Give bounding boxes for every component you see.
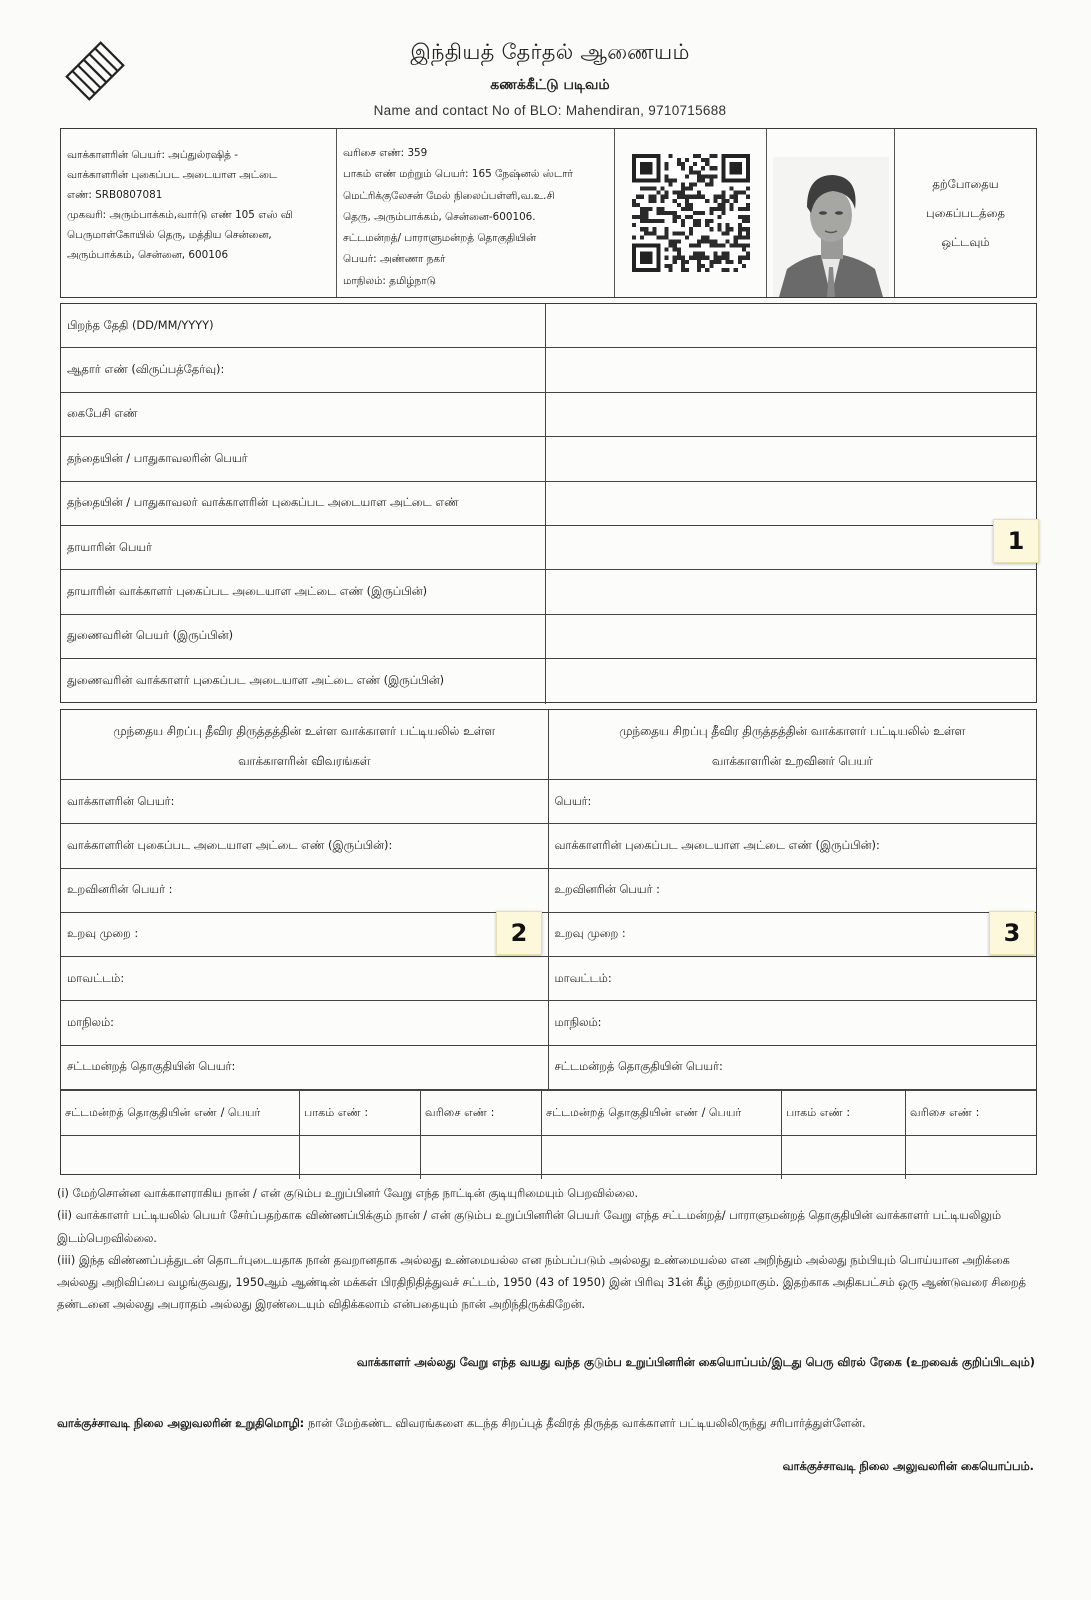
section3-field-row[interactable]: உறவு முறை : <box>549 913 1037 957</box>
declaration-item-3: (iii) இந்த விண்ணப்பத்துடன் தொடர்புடையதாக… <box>57 1250 1037 1317</box>
paste-line3: ஒட்டவும் <box>941 228 989 257</box>
section3-field-row[interactable]: மாநிலம்: <box>549 1001 1037 1045</box>
paste-line1: தற்போதைய <box>932 170 998 199</box>
serial-number: வரிசை எண்: 359 <box>343 143 608 164</box>
voter-address-line2: பெருமாள்கோயில் தெரு, மத்திய சென்னை, <box>67 225 330 245</box>
field-input[interactable] <box>546 570 1036 613</box>
photo-cell <box>767 129 895 297</box>
state-line: மாநிலம்: தமிழ்நாடு <box>343 271 608 292</box>
grid-input-cell[interactable] <box>542 1136 782 1179</box>
blo-contact: Name and contact No of BLO: Mahendiran, … <box>300 103 800 118</box>
section2-field-row[interactable]: வாக்காளரின் புகைப்பட அடையாள அட்டை எண் (இ… <box>61 824 548 868</box>
blo-declaration: வாக்குச்சாவடி நிலை அலுவலரின் உறுதிமொழி: … <box>57 1416 866 1432</box>
section2-field-row[interactable]: வாக்காளரின் பெயர்: <box>61 780 548 824</box>
personal-detail-row: தாயாரின் வாக்காளர் புகைப்பட அடையாள அட்டை… <box>61 570 1036 614</box>
form-header: இந்தியத் தேர்தல் ஆணையம் கணக்கீட்டு படிவம… <box>300 40 800 118</box>
voter-epic-label: வாக்காளரின் புகைப்பட அடையாள அட்டை <box>67 165 330 185</box>
field-label: பிறந்த தேதி (DD/MM/YYYY) <box>61 304 546 347</box>
section-badge-3: 3 <box>989 911 1035 955</box>
personal-details-section: பிறந்த தேதி (DD/MM/YYYY)ஆதார் எண் (விருப… <box>60 303 1037 703</box>
grid-header: சட்டமன்றத் தொகுதியின் எண் / பெயர் <box>61 1091 300 1136</box>
section3-field-row[interactable]: மாவட்டம்: <box>549 957 1037 1001</box>
part-line3: தெரு, அரும்பாக்கம், சென்னை-600106. <box>343 207 608 228</box>
grid-input-cell[interactable] <box>61 1136 300 1179</box>
declaration-item-1: (i) மேற்சொன்ன வாக்காளராகிய நான் / என் கு… <box>57 1183 1037 1205</box>
section-badge-2: 2 <box>496 911 542 955</box>
voter-signature-label: வாக்காளர் அல்லது வேறு எந்த வயது வந்த குட… <box>357 1355 1035 1371</box>
field-label: தாயாரின் பெயர் <box>61 526 546 569</box>
personal-detail-row: தந்தையின் / பாதுகாவலரின் பெயர் <box>61 437 1036 481</box>
personal-detail-row: தந்தையின் / பாதுகாவலர் வாக்காளரின் புகைப… <box>61 482 1036 526</box>
field-input[interactable] <box>546 348 1036 391</box>
personal-detail-row: பிறந்த தேதி (DD/MM/YYYY) <box>61 304 1036 348</box>
section3-field-row[interactable]: பெயர்: <box>549 780 1037 824</box>
field-input[interactable] <box>546 482 1036 525</box>
section2-heading-line1: முந்தைய சிறப்பு தீவிர திருத்தத்தின் உள்ள… <box>61 716 548 746</box>
constituency-line1: சட்டமன்றத்/ பாராளுமன்றத் தொகுதியின் <box>343 228 608 249</box>
section2-field-row[interactable]: சட்டமன்றத் தொகுதியின் பெயர்: <box>61 1046 548 1090</box>
voter-epic-number: எண்: SRB0807081 <box>67 185 330 205</box>
section2-field-row[interactable]: மாவட்டம்: <box>61 957 548 1001</box>
blo-declaration-label: வாக்குச்சாவடி நிலை அலுவலரின் உறுதிமொழி: <box>57 1416 304 1430</box>
grid-header: சட்டமன்றத் தொகுதியின் எண் / பெயர் <box>542 1091 782 1136</box>
section-badge-1: 1 <box>993 519 1039 563</box>
section3-heading-line2: வாக்காளரின் உறவினர் பெயர் <box>549 746 1037 776</box>
paste-line2: புகைப்படத்தை <box>926 199 1005 228</box>
field-label: தந்தையின் / பாதுகாவலரின் பெயர் <box>61 437 546 480</box>
field-input[interactable] <box>546 304 1036 347</box>
field-input[interactable] <box>546 526 1036 569</box>
field-label: துணைவரின் வாக்காளர் புகைப்பட அடையாள அட்ட… <box>61 659 546 703</box>
blo-signature-label: வாக்குச்சாவடி நிலை அலுவலரின் கையொப்பம். <box>783 1459 1034 1475</box>
field-label: துணைவரின் பெயர் (இருப்பின்) <box>61 615 546 658</box>
section3-heading-line1: முந்தைய சிறப்பு தீவிர திருத்தத்தின் வாக்… <box>549 716 1037 746</box>
qr-code-icon <box>632 154 750 272</box>
section3-field-row[interactable]: உறவினரின் பெயர் : <box>549 869 1037 913</box>
section2-heading-line2: வாக்காளரின் விவரங்கள் <box>61 746 548 776</box>
form-subtitle: கணக்கீட்டு படிவம் <box>300 77 800 95</box>
section2-field-row[interactable]: உறவு முறை : <box>61 913 548 957</box>
field-input[interactable] <box>546 393 1036 436</box>
grid-input-cell[interactable] <box>782 1136 906 1179</box>
constituency-line2: பெயர்: அண்ணா நகர் <box>343 249 608 270</box>
part-line1: பாகம் எண் மற்றும் பெயர்: 165 நேஷ்னல் ஸ்ட… <box>343 164 608 185</box>
section3-field-row[interactable]: வாக்காளரின் புகைப்பட அடையாள அட்டை எண் (இ… <box>549 824 1037 868</box>
grid-header: பாகம் எண் : <box>782 1091 906 1136</box>
voter-photo <box>773 157 889 297</box>
voter-info-block: வாக்காளரின் பெயர்: அப்துல்ரஷித் - வாக்கா… <box>60 128 1037 298</box>
qr-cell <box>615 129 767 297</box>
voter-name: வாக்காளரின் பெயர்: அப்துல்ரஷித் - <box>67 145 330 165</box>
personal-detail-row: கைபேசி எண் <box>61 393 1036 437</box>
section3-field-row[interactable]: சட்டமன்றத் தொகுதியின் பெயர்: <box>549 1046 1037 1090</box>
paste-photo-instruction: தற்போதைய புகைப்படத்தை ஒட்டவும் <box>895 129 1036 297</box>
field-label: தாயாரின் வாக்காளர் புகைப்பட அடையாள அட்டை… <box>61 570 546 613</box>
section3-heading: முந்தைய சிறப்பு தீவிர திருத்தத்தின் வாக்… <box>549 710 1037 780</box>
field-label: தந்தையின் / பாதுகாவலர் வாக்காளரின் புகைப… <box>61 482 546 525</box>
field-input[interactable] <box>546 437 1036 480</box>
voter-previous-details-column: முந்தைய சிறப்பு தீவிர திருத்தத்தின் உள்ள… <box>61 710 549 1090</box>
personal-detail-row: துணைவரின் வாக்காளர் புகைப்பட அடையாள அட்ட… <box>61 659 1036 703</box>
grid-header: பாகம் எண் : <box>300 1091 421 1136</box>
blo-declaration-text: நான் மேற்கண்ட விவரங்களை கடந்த சிறப்புத் … <box>304 1416 865 1430</box>
declaration: (i) மேற்சொன்ன வாக்காளராகிய நான் / என் கு… <box>57 1183 1037 1317</box>
part-line2: மெட்ரிக்குலேசன் மேல் நிலைப்பள்ளி,வ.உ.சி <box>343 186 608 207</box>
voter-address-line1: முகவரி: அரும்பாக்கம்,வார்டு எண் 105 எஸ் … <box>67 205 330 225</box>
field-input[interactable] <box>546 659 1036 703</box>
grid-input-cell[interactable] <box>421 1136 542 1179</box>
part-details-cell: வரிசை எண்: 359 பாகம் எண் மற்றும் பெயர்: … <box>337 129 615 297</box>
field-input[interactable] <box>546 615 1036 658</box>
section2-field-row[interactable]: மாநிலம்: <box>61 1001 548 1045</box>
previous-sir-section: முந்தைய சிறப்பு தீவிர திருத்தத்தின் உள்ள… <box>60 709 1037 1175</box>
grid-header: வரிசை எண் : <box>906 1091 1036 1136</box>
section2-heading: முந்தைய சிறப்பு தீவிர திருத்தத்தின் உள்ள… <box>61 710 548 780</box>
grid-header: வரிசை எண் : <box>421 1091 542 1136</box>
voter-address-line3: அரும்பாக்கம், சென்னை, 600106 <box>67 245 330 265</box>
page-title: இந்தியத் தேர்தல் ஆணையம் <box>300 40 800 67</box>
field-label: ஆதார் எண் (விருப்பத்தேர்வு): <box>61 348 546 391</box>
personal-detail-row: தாயாரின் பெயர் <box>61 526 1036 570</box>
field-label: கைபேசி எண் <box>61 393 546 436</box>
grid-input-cell[interactable] <box>906 1136 1036 1179</box>
eci-ballot-logo-icon <box>62 38 128 104</box>
personal-detail-row: துணைவரின் பெயர் (இருப்பின்) <box>61 615 1036 659</box>
voter-details-cell: வாக்காளரின் பெயர்: அப்துல்ரஷித் - வாக்கா… <box>61 129 337 297</box>
declaration-item-2: (ii) வாக்காளர் பட்டியலில் பெயர் சேர்ப்பத… <box>57 1205 1037 1250</box>
section2-field-row[interactable]: உறவினரின் பெயர் : <box>61 869 548 913</box>
grid-input-cell[interactable] <box>300 1136 421 1179</box>
personal-detail-row: ஆதார் எண் (விருப்பத்தேர்வு): <box>61 348 1036 392</box>
constituency-part-grid: சட்டமன்றத் தொகுதியின் எண் / பெயர்பாகம் எ… <box>61 1090 1036 1179</box>
relative-previous-details-column: முந்தைய சிறப்பு தீவிர திருத்தத்தின் வாக்… <box>549 710 1037 1090</box>
